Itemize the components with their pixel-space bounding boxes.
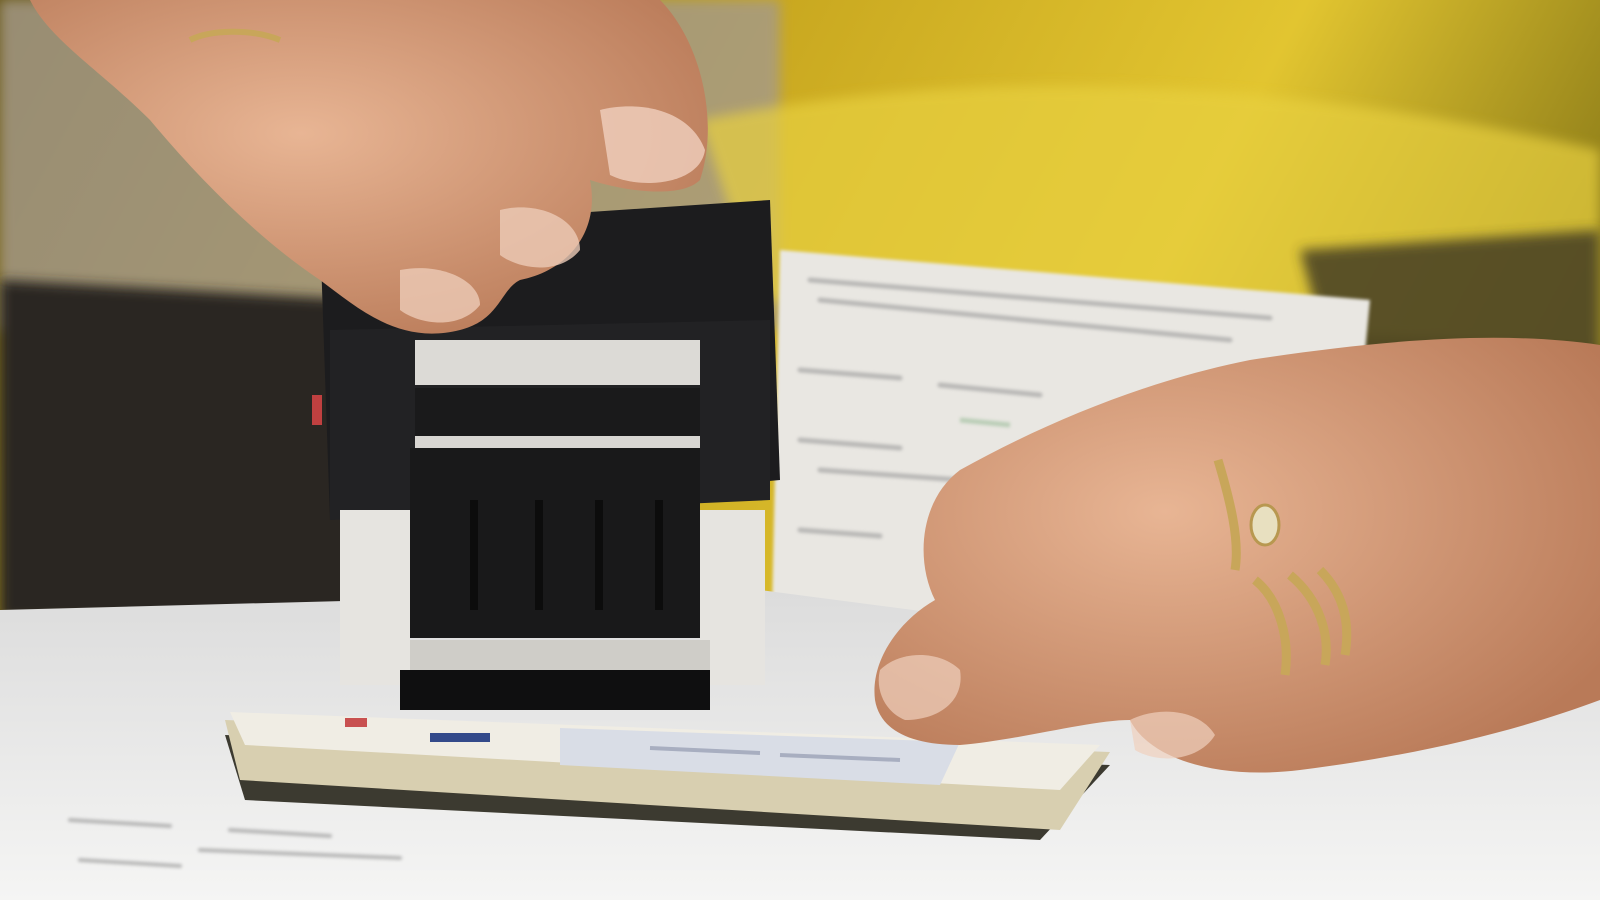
photo-scene: Close-up photo of a hand pressing a blac… xyxy=(0,0,1600,900)
ring-gem-icon xyxy=(1251,505,1279,545)
photo-illustration xyxy=(0,0,1600,900)
